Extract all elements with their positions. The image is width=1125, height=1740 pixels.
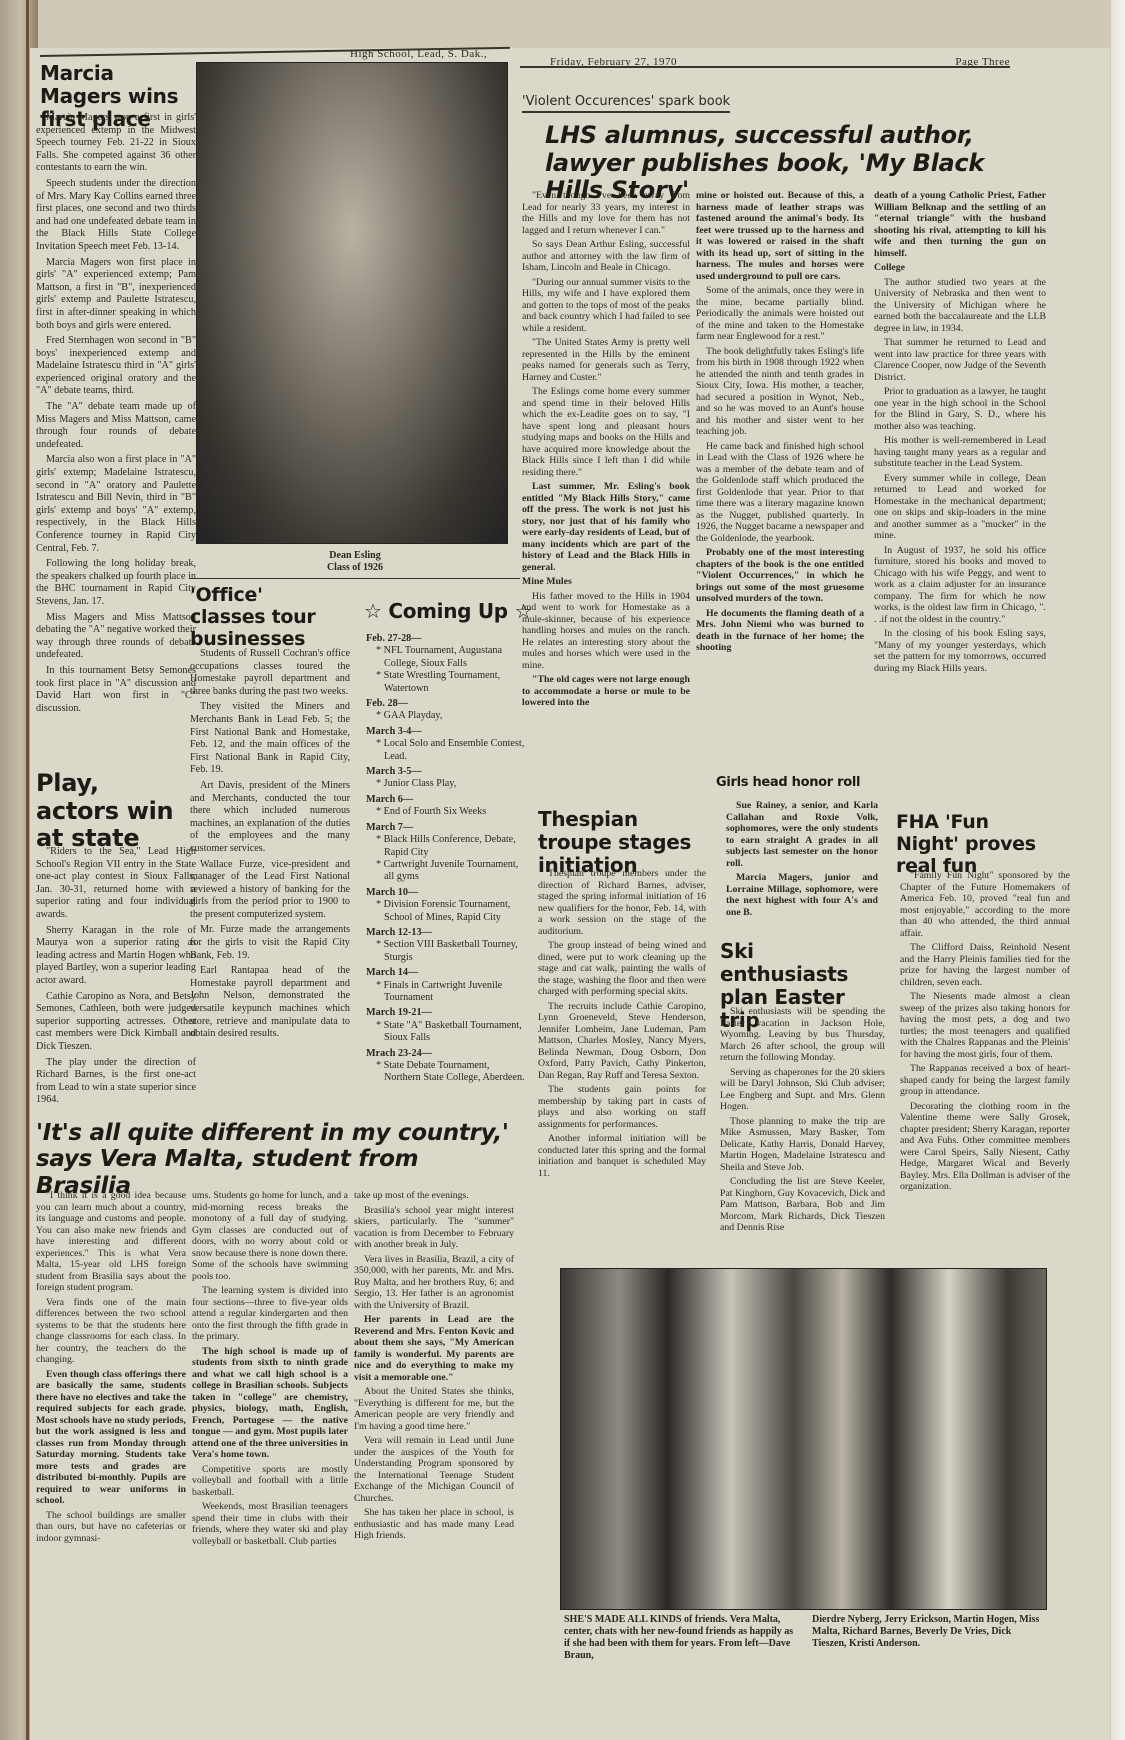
paragraph: The group instead of being wined and din…	[538, 940, 706, 998]
paragraph: "The United States Army is pretty well r…	[522, 337, 690, 383]
paragraph: The recruits include Cathie Caropino, Ly…	[538, 1001, 706, 1082]
entry-item: * Cartwright Juvenile Tournament, all gy…	[366, 859, 526, 884]
paragraph: Speech students under the direction of M…	[36, 178, 196, 254]
dean-esling-photo	[196, 62, 508, 544]
entry-item: * NFL Tournament, Augustana College, Sio…	[366, 645, 526, 670]
paragraph: His father moved to the Hills in 1904 an…	[522, 591, 690, 672]
entry-item: * Section VIII Basketball Tourney, Sturg…	[366, 939, 526, 964]
entry-item: * End of Fourth Six Weeks	[366, 806, 526, 818]
entry-date: March 12-13—	[366, 927, 526, 939]
paragraph: She has taken her place in school, is en…	[354, 1507, 514, 1542]
entry-date: March 3-4—	[366, 726, 526, 738]
esling-col-2: mine or hoisted out. Because of this, a …	[696, 190, 864, 657]
calendar-entry: Feb. 28— * GAA Playday,	[366, 698, 526, 723]
paragraph: In this tournament Betsy Semones took fi…	[36, 665, 196, 715]
paragraph: Decorating the clothing room in the Vale…	[900, 1101, 1070, 1193]
paragraph: Those planning to make the trip are Mike…	[720, 1116, 885, 1174]
paragraph: Wallace Furze, vice-president and manage…	[190, 859, 350, 922]
paragraph: Concluding the list are Steve Keeler, Pa…	[720, 1176, 885, 1234]
entry-item: * Local Solo and Ensemble Contest, Lead.	[366, 738, 526, 763]
paragraph: The high school is made up of students f…	[192, 1346, 348, 1461]
entry-date: Feb. 27-28—	[366, 633, 526, 645]
paragraph: So says Dean Arthur Esling, successful a…	[522, 239, 690, 274]
calendar-entry: March 3-5— * Junior Class Play,	[366, 766, 526, 791]
esling-col-1: "Even though I've been away from Lead fo…	[522, 190, 690, 712]
paragraph: Vera will remain in Lead until June unde…	[354, 1435, 514, 1504]
entry-date: Mrach 23-24—	[366, 1048, 526, 1060]
calendar-entry: March 3-4— * Local Solo and Ensemble Con…	[366, 726, 526, 763]
group-photo	[560, 1268, 1047, 1610]
subhead-college: College	[874, 262, 1046, 274]
paragraph: Thespian troupe members under the direct…	[538, 868, 706, 937]
calendar-entry: March 7— * Black Hills Conference, Debat…	[366, 822, 526, 884]
paragraph: Marcia also won a first place in "A" gir…	[36, 454, 196, 555]
calendar-entry: Feb. 27-28— * NFL Tournament, Augustana …	[366, 633, 526, 695]
calendar-entry: March 12-13— * Section VIII Basketball T…	[366, 927, 526, 964]
subhead-mine-mules: Mine Mules	[522, 576, 690, 588]
paragraph: His mother is well-remembered in Lead ha…	[874, 435, 1046, 470]
entry-item: * GAA Playday,	[366, 710, 526, 722]
paragraph: "The old cages were not large enough to …	[522, 674, 690, 709]
paragraph: Ski enthusiasts will be spending the Eas…	[720, 1006, 885, 1064]
kicker-violent-occurences: 'Violent Occurences' spark book	[522, 94, 730, 113]
esling-col-3: death of a young Catholic Priest, Father…	[874, 190, 1046, 677]
paragraph: Marcia Magers won a first in girls' expe…	[36, 112, 196, 175]
paragraph: The play under the direction of Richard …	[36, 1057, 196, 1107]
coming-up-title: Coming Up	[388, 599, 508, 623]
entry-date: March 14—	[366, 967, 526, 979]
entry-item: * State Wrestling Tournament, Watertown	[366, 670, 526, 695]
paragraph: Sherry Karagan in the role of Maurya won…	[36, 925, 196, 988]
calendar-entry: March 10— * Division Forensic Tournament…	[366, 887, 526, 924]
paragraph: The author studied two years at the Univ…	[874, 277, 1046, 335]
paragraph: "During our annual summer visits to the …	[522, 277, 690, 335]
caption-name: Dean Esling	[300, 550, 410, 562]
headline-honor-roll: Girls head honor roll	[716, 776, 886, 791]
article-honor-roll-body: Sue Rainey, a senior, and Karla Callahan…	[726, 800, 878, 921]
star-icon: ☆	[364, 599, 382, 623]
group-photo-caption: SHE'S MADE ALL KINDS of friends. Vera Ma…	[564, 1614, 794, 1662]
paragraph: mine or hoisted out. Because of this, a …	[696, 190, 864, 282]
paragraph: The Rappanas received a box of heart-sha…	[900, 1063, 1070, 1098]
headline-office: 'Office' classes tour businesses	[190, 585, 340, 651]
paragraph: Mr. Furze made the arrangements for the …	[190, 924, 350, 962]
paragraph: Weekends, most Brasilian teenagers spend…	[192, 1501, 348, 1547]
paragraph: "Even though I've been away from Lead fo…	[522, 190, 690, 236]
paragraph: Miss Magers and Miss Mattson debating th…	[36, 612, 196, 662]
headline-thespian: Thespian troupe stages initiation	[538, 808, 698, 877]
paragraph: Her parents in Lead are the Reverend and…	[354, 1314, 514, 1383]
section-rule	[190, 578, 520, 579]
paragraph: Students of Russell Cochran's office occ…	[190, 648, 350, 698]
article-thespian-body: Thespian troupe members under the direct…	[538, 868, 706, 1182]
binding-edge	[26, 0, 29, 1740]
page-edge	[1111, 0, 1125, 1740]
paragraph: The students gain points for membership …	[538, 1084, 706, 1130]
entry-item: * State "A" Basketball Tournament, Sioux…	[366, 1020, 526, 1045]
paragraph: Prior to graduation as a lawyer, he taug…	[874, 386, 1046, 432]
paragraph: Marcia Magers won first place in girls' …	[36, 257, 196, 333]
article-play-body: "Riders to the Sea," Lead High School's …	[36, 846, 196, 1110]
paragraph: The Eslings come home every summer and s…	[522, 386, 690, 478]
paragraph: Sue Rainey, a senior, and Karla Callahan…	[726, 800, 878, 869]
paragraph: death of a young Catholic Priest, Father…	[874, 190, 1046, 259]
paragraph: The learning system is divided into four…	[192, 1285, 348, 1343]
paragraph: Vera lives in Brasilia, Brazil, a city o…	[354, 1254, 514, 1312]
paragraph: Last summer, Mr. Esling's book entitled …	[522, 481, 690, 573]
paragraph: Marcia Magers, junior and Lorraine Milla…	[726, 872, 878, 918]
paragraph: The school buildings are smaller than ou…	[36, 1510, 186, 1545]
paragraph: "Riders to the Sea," Lead High School's …	[36, 846, 196, 922]
paragraph: He came back and finished high school in…	[696, 441, 864, 545]
paragraph: "I think it is a good idea because you c…	[36, 1190, 186, 1294]
entry-item: * Junior Class Play,	[366, 778, 526, 790]
paragraph: Following the long holiday break, the sp…	[36, 558, 196, 608]
paragraph: Fred Sternhagen won second in "B" boys' …	[36, 335, 196, 398]
article-fha-body: "Family Fun Night" sponsored by the Chap…	[900, 870, 1070, 1196]
paragraph: take up most of the evenings.	[354, 1190, 514, 1202]
entry-date: March 19-21—	[366, 1007, 526, 1019]
paragraph: Cathie Caropino as Nora, and Betsy Semon…	[36, 991, 196, 1054]
paragraph: Even though class offerings there are ba…	[36, 1369, 186, 1507]
paragraph: He documents the flaming death of a Mrs.…	[696, 608, 864, 654]
paragraph: The "A" debate team made up of Miss Mage…	[36, 401, 196, 451]
paragraph: Competitive sports are mostly volleyball…	[192, 1464, 348, 1499]
paragraph: They visited the Miners and Merchants Ba…	[190, 701, 350, 777]
entry-date: March 3-5—	[366, 766, 526, 778]
paragraph: Art Davis, president of the Miners and M…	[190, 780, 350, 856]
paragraph: Vera finds one of the main differences b…	[36, 1297, 186, 1366]
headline-coming-up: ☆ Coming Up ☆	[364, 600, 534, 623]
paragraph: Earl Rantapaa head of the Homestake payr…	[190, 965, 350, 1041]
calendar-entry: March 19-21— * State "A" Basketball Tour…	[366, 1007, 526, 1044]
group-photo-caption-2: Dierdre Nyberg, Jerry Erickson, Martin H…	[812, 1614, 1042, 1650]
paragraph: Probably one of the most interesting cha…	[696, 547, 864, 605]
vera-col-1: "I think it is a good idea because you c…	[36, 1190, 186, 1547]
entry-item: * Finals in Cartwright Juvenile Tourname…	[366, 980, 526, 1005]
article-ski-body: Ski enthusiasts will be spending the Eas…	[720, 1006, 885, 1237]
entry-item: * Black Hills Conference, Debate, Rapid …	[366, 834, 526, 859]
headline-fha: FHA 'Fun Night' proves real fun	[896, 812, 1056, 878]
paragraph: The book delightfully takes Esling's lif…	[696, 346, 864, 438]
entry-date: Feb. 28—	[366, 698, 526, 710]
headline-vera-malta: 'It's all quite different in my country,…	[36, 1120, 516, 1199]
paragraph: In August of 1937, he sold his office fu…	[874, 545, 1046, 626]
paragraph: About the United States she thinks, "Eve…	[354, 1386, 514, 1432]
paragraph: Some of the animals, once they were in t…	[696, 285, 864, 343]
vera-col-2: ums. Students go home for lunch, and a m…	[192, 1190, 348, 1550]
caption-lead: SHE'S MADE ALL KINDS	[564, 1614, 682, 1625]
headline-play: Play, actors win at state	[36, 770, 186, 853]
calendar-entry: Mrach 23-24— * State Debate Tournament, …	[366, 1048, 526, 1085]
caption-class: Class of 1926	[300, 562, 410, 574]
calendar-entry: March 14— * Finals in Cartwright Juvenil…	[366, 967, 526, 1004]
calendar-entry: March 6— * End of Fourth Six Weeks	[366, 794, 526, 819]
photo-caption-esling: Dean Esling Class of 1926	[300, 550, 410, 574]
calendar-list: Feb. 27-28— * NFL Tournament, Augustana …	[366, 630, 526, 1085]
entry-date: March 7—	[366, 822, 526, 834]
article-office-body: Students of Russell Cochran's office occ…	[190, 648, 350, 1044]
paragraph: In the closing of his book Esling says, …	[874, 628, 1046, 674]
vera-col-3: take up most of the evenings. Brasilia's…	[354, 1190, 514, 1545]
entry-item: * Division Forensic Tournament, School o…	[366, 899, 526, 924]
paragraph: "Family Fun Night" sponsored by the Chap…	[900, 870, 1070, 939]
paragraph: The Clifford Daiss, Reinhold Nesent and …	[900, 942, 1070, 988]
paragraph: Brasilia's school year might interest sk…	[354, 1205, 514, 1251]
paragraph: That summer he returned to Lead and went…	[874, 337, 1046, 383]
article-magers-body: Marcia Magers won a first in girls' expe…	[36, 112, 196, 718]
entry-item: * State Debate Tournament, Northern Stat…	[366, 1060, 526, 1085]
paragraph: ums. Students go home for lunch, and a m…	[192, 1190, 348, 1282]
entry-date: March 10—	[366, 887, 526, 899]
paragraph: Every summer while in college, Dean retu…	[874, 473, 1046, 542]
entry-date: March 6—	[366, 794, 526, 806]
paragraph: Serving as chaperones for the 20 skiers …	[720, 1067, 885, 1113]
paragraph: Another informal initiation will be cond…	[538, 1133, 706, 1179]
masthead-rule	[520, 66, 1010, 68]
paragraph: The Niesents made almost a clean sweep o…	[900, 991, 1070, 1060]
